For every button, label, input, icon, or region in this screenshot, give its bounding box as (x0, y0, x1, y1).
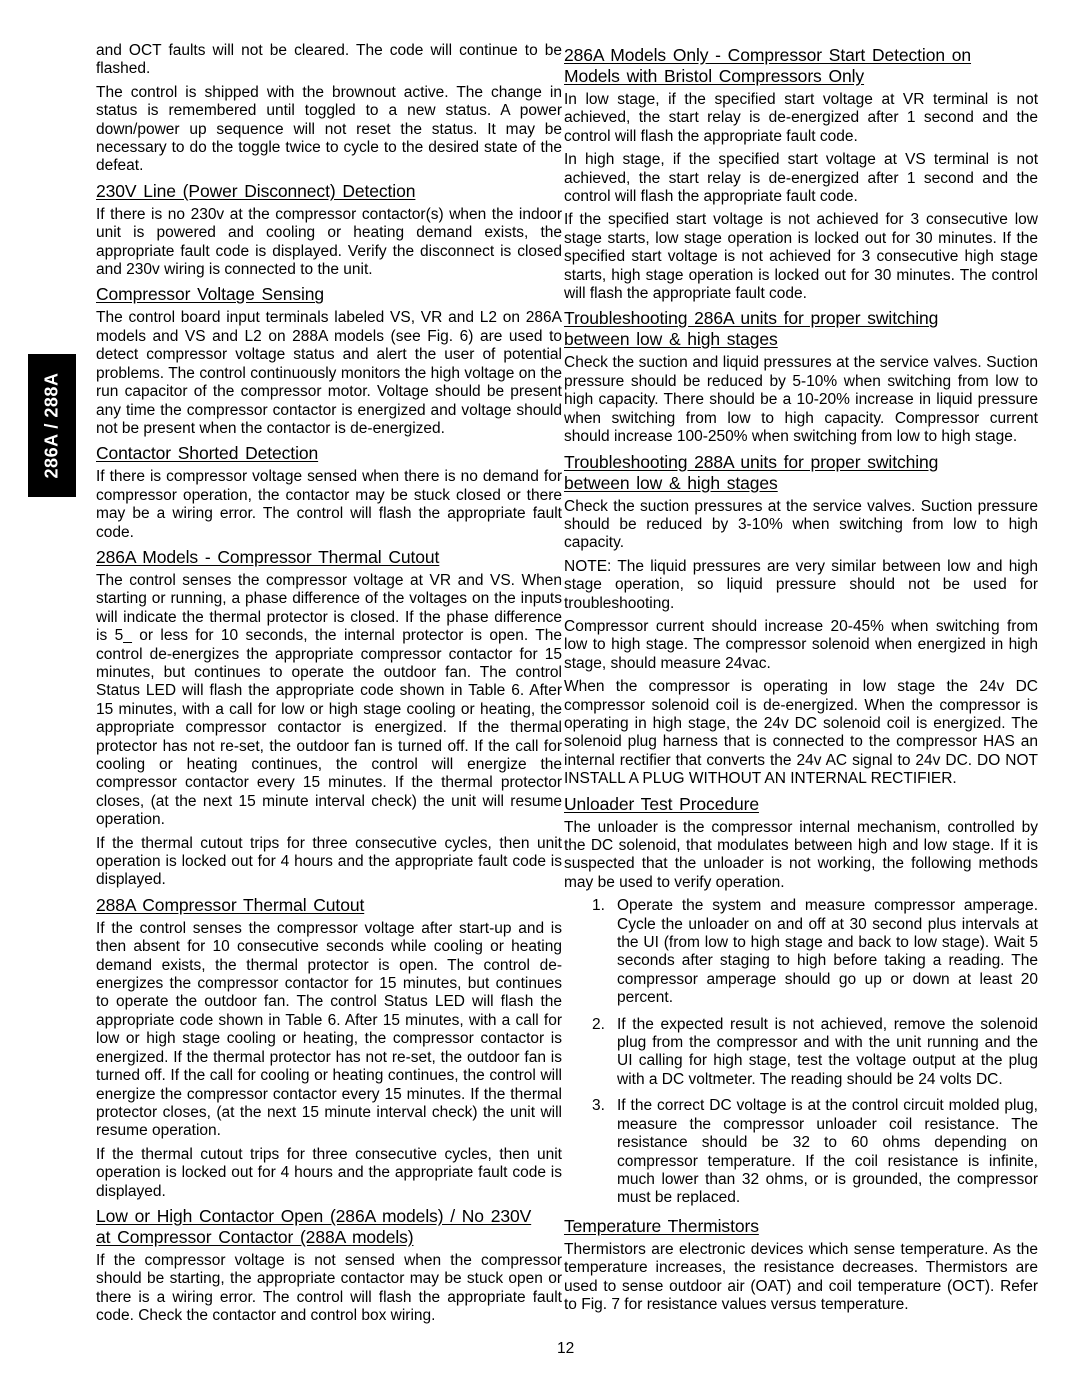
heading-contactor-open: Low or High Contactor Open (286A models)… (96, 1206, 562, 1248)
list-item-text: Operate the system and measure compresso… (617, 897, 1038, 1007)
list-item: 2. If the expected result is not achieve… (564, 1016, 1038, 1090)
heading-286a-thermal-cutout: 286A Models - Compressor Thermal Cutout (96, 547, 562, 568)
paragraph-low-stage-start: In low stage, if the specified start vol… (564, 91, 1038, 146)
paragraph-brownout-active: The control is shipped with the brownout… (96, 84, 562, 176)
heading-contactor-shorted-detection: Contactor Shorted Detection (96, 443, 562, 464)
list-item-number: 2. (592, 1016, 617, 1090)
paragraph-oct-faults: and OCT faults will not be cleared. The … (96, 42, 562, 79)
paragraph-contactor-open: If the compressor voltage is not sensed … (96, 1252, 562, 1326)
list-item-number: 3. (592, 1097, 617, 1207)
heading-unloader-test-procedure: Unloader Test Procedure (564, 794, 1038, 815)
heading-troubleshooting-286a: Troubleshooting 286A units for proper sw… (564, 308, 1038, 350)
left-column: and OCT faults will not be cleared. The … (96, 42, 562, 1331)
paragraph-start-lockout: If the specified start voltage is not ac… (564, 211, 1038, 303)
heading-compressor-voltage-sensing: Compressor Voltage Sensing (96, 284, 562, 305)
paragraph-voltage-sensing: The control board input terminals labele… (96, 309, 562, 438)
unloader-test-steps: 1. Operate the system and measure compre… (564, 897, 1038, 1208)
list-item-number: 1. (592, 897, 617, 1007)
paragraph-286a-lockout: If the thermal cutout trips for three co… (96, 835, 562, 890)
heading-286a-start-detection: 286A Models Only - Compressor Start Dete… (564, 45, 1038, 87)
paragraph-high-stage-start: In high stage, if the specified start vo… (564, 151, 1038, 206)
list-item-text: If the correct DC voltage is at the cont… (617, 1097, 1038, 1207)
paragraph-230v-detection: If there is no 230v at the compressor co… (96, 206, 562, 280)
heading-230v-line-detection: 230V Line (Power Disconnect) Detection (96, 181, 562, 202)
heading-288a-thermal-cutout: 288A Compressor Thermal Cutout (96, 895, 562, 916)
paragraph-288a-thermal-cutout: If the control senses the compressor vol… (96, 920, 562, 1141)
model-series-tab-label: 286A / 288A (42, 373, 63, 479)
paragraph-solenoid-coil: When the compressor is operating in low … (564, 678, 1038, 788)
heading-troubleshooting-288a: Troubleshooting 288A units for proper sw… (564, 452, 1038, 494)
paragraph-unloader-intro: The unloader is the compressor internal … (564, 819, 1038, 893)
paragraph-288a-lockout: If the thermal cutout trips for three co… (96, 1146, 562, 1201)
paragraph-troubleshooting-286a: Check the suction and liquid pressures a… (564, 354, 1038, 446)
paragraph-286a-thermal-cutout: The control senses the compressor voltag… (96, 572, 562, 830)
paragraph-current-increase: Compressor current should increase 20-45… (564, 618, 1038, 673)
page-number: 12 (557, 1340, 574, 1358)
paragraph-note-liquid-pressures: NOTE: The liquid pressures are very simi… (564, 558, 1038, 613)
manual-page: 286A / 288A and OCT faults will not be c… (0, 0, 1080, 1397)
heading-temperature-thermistors: Temperature Thermistors (564, 1216, 1038, 1237)
list-item-text: If the expected result is not achieved, … (617, 1016, 1038, 1090)
paragraph-contactor-shorted: If there is compressor voltage sensed wh… (96, 468, 562, 542)
list-item: 1. Operate the system and measure compre… (564, 897, 1038, 1007)
paragraph-thermistors: Thermistors are electronic devices which… (564, 1241, 1038, 1315)
right-column: 286A Models Only - Compressor Start Dete… (564, 42, 1038, 1319)
list-item: 3. If the correct DC voltage is at the c… (564, 1097, 1038, 1207)
paragraph-troubleshooting-288a: Check the suction pressures at the servi… (564, 498, 1038, 553)
model-series-tab: 286A / 288A (28, 354, 76, 497)
